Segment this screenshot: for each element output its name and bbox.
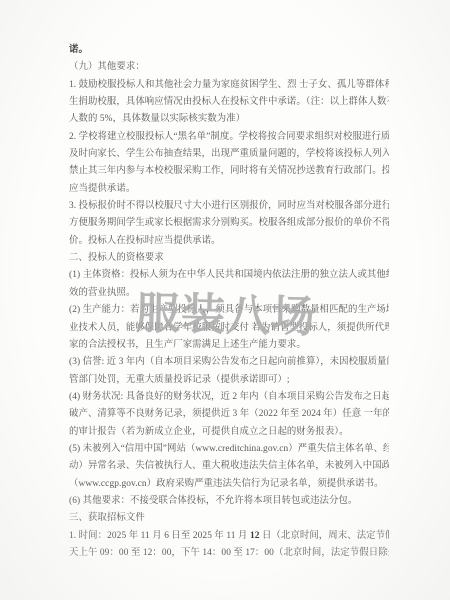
body-text: 的审计报告（若为新成立企业，可提供自成立之日起的财务报表）。	[69, 427, 349, 437]
bold-text: 12	[250, 531, 260, 541]
body-text: 生捐助校服，具体响应情况由投标人在投标文件中承诺。（注：以上群体人数不超过总采购	[69, 97, 389, 107]
text-line: 2. 学校将建立校服投标人“黑名单”制度。学校将按合同要求组织对校服进行质量抽查…	[69, 129, 389, 146]
body-text: 效的营业执照。	[69, 288, 135, 298]
text-line: (5) 未被列入“信用中国”网站（www.creditchina.gov.cn）…	[69, 441, 389, 458]
text-line: 生捐助校服，具体响应情况由投标人在投标文件中承诺。（注：以上群体人数不超过总采购	[69, 94, 389, 111]
body-text: (6) 其他要求：不接受联合体投标，不允许将本项目转包或违法分包。	[69, 496, 357, 506]
text-line: 人数的 5%，具体数量以实际核实数为准）	[69, 111, 389, 128]
text-line: 三、获取招标文件	[69, 510, 389, 527]
body-text: (3) 信誉: 近 3 年内（自本项目采购公告发布之日起向前推算），未因校服质量…	[69, 357, 389, 367]
text-line: 动）异常名录、失信被执行人、重大税收违法失信主体名单，未被列入中国政府采购网	[69, 458, 389, 475]
body-text: 动）异常名录、失信被执行人、重大税收违法失信主体名单，未被列入中国政府采购网	[69, 461, 389, 471]
text-line: (1) 主体资格：投标人须为在中华人民共和国境内依法注册的独立法人或其他组织，具…	[69, 267, 389, 284]
text-line: (4) 财务状况: 具备良好的财务状况，近 2 年内（自本项目采购公告发布之日起…	[69, 389, 389, 406]
body-text: 3. 投标报价时不得以校服尺寸大小进行区别报价，同时应当对校服各部分进行分项报价…	[69, 201, 389, 211]
body-text: （www.ccgp.gov.cn）政府采购严重违法失信行为记录名单，须提供承诺书…	[69, 479, 384, 489]
text-line: 方便服务期间学生或家长根据需求分别购买。校服各组成部分报价的单价不得高于预算单	[69, 215, 389, 232]
text-line: 3. 投标报价时不得以校服尺寸大小进行区别报价，同时应当对校服各部分进行分项报价…	[69, 198, 389, 215]
body-text: (2) 生产能力：若为生产型投标人，须具备与本项目采购数量相匹配的生产场地、设备…	[69, 305, 389, 315]
body-text: 日（北京时间，周末、法定节假日除外），	[260, 531, 389, 541]
body-text: （九）其他要求：	[69, 62, 145, 72]
text-line: 禁止其三年内参与本校校服采购工作，同时将有关情况抄送教育行政部门。投标人在投标时	[69, 163, 389, 180]
text-line: 1. 鼓励校服投标人和其他社会力量为家庭贫困学生、烈 士子女、孤儿等群体和特殊群…	[69, 77, 389, 94]
body-text: (1) 主体资格：投标人须为在中华人民共和国境内依法注册的独立法人或其他组织，具…	[69, 270, 389, 280]
body-text: 价。投标人在投标时应当提供承诺。	[69, 236, 221, 246]
body-text: 破产、清算等不良财务记录，须提供近 3 年（2022 年至 2024 年）任意 …	[69, 409, 389, 419]
text-line: (2) 生产能力：若为生产型投标人，须具备与本项目采购数量相匹配的生产场地、设备…	[69, 302, 389, 319]
text-line: 业技术人员，能够保障各学年校服按时交付 若为销售型投标人，须提供所代理品牌生产厂	[69, 320, 389, 337]
body-text: 2. 学校将建立校服投标人“黑名单”制度。学校将按合同要求组织对校服进行质量抽查…	[69, 132, 389, 142]
text-line: 二、投标人的资格要求	[69, 250, 389, 267]
body-text: 三、获取招标文件	[69, 513, 145, 523]
document-page: 诺。（九）其他要求：1. 鼓励校服投标人和其他社会力量为家庭贫困学生、烈 士子女…	[0, 0, 450, 600]
text-line: 破产、清算等不良财务记录，须提供近 3 年（2022 年至 2024 年）任意 …	[69, 406, 389, 423]
bold-text: 诺。	[69, 45, 88, 55]
text-line: 1. 时间：2025 年 11 月 6 日至 2025 年 11 月 12 日（…	[69, 528, 389, 545]
text-line: 管部门处罚，无重大质量投诉记录（提供承诺即可）;	[69, 372, 389, 389]
text-line: 天上午 09：00 至 12：00，下午 14：00 至 17：00（北京时间，…	[69, 545, 389, 562]
text-line: 的审计报告（若为新成立企业，可提供自成立之日起的财务报表）。	[69, 424, 389, 441]
text-line: 家的合法授权书，且生产厂家需满足上述生产能力要求。	[69, 337, 389, 354]
body-text: (4) 财务状况: 具备良好的财务状况，近 2 年内（自本项目采购公告发布之日起…	[69, 392, 389, 402]
body-text: 禁止其三年内参与本校校服采购工作，同时将有关情况抄送教育行政部门。投标人在投标时	[69, 166, 389, 176]
text-line: 效的营业执照。	[69, 285, 389, 302]
document-lines: 诺。（九）其他要求：1. 鼓励校服投标人和其他社会力量为家庭贫困学生、烈 士子女…	[69, 42, 389, 562]
body-text: (5) 未被列入“信用中国”网站（www.creditchina.gov.cn）…	[69, 444, 389, 454]
text-line: 诺。	[69, 42, 389, 59]
body-text: 二、投标人的资格要求	[69, 253, 164, 263]
text-line: （九）其他要求：	[69, 59, 389, 76]
body-text: 及时向家长、学生公布抽查结果，出现严重质量问题的，学校将该投标人列入“黑名单”，	[69, 149, 389, 159]
text-line: (3) 信誉: 近 3 年内（自本项目采购公告发布之日起向前推算），未因校服质量…	[69, 354, 389, 371]
text-line: （www.ccgp.gov.cn）政府采购严重违法失信行为记录名单，须提供承诺书…	[69, 476, 389, 493]
body-text: 应当提供承诺。	[69, 184, 135, 194]
text-line: 应当提供承诺。	[69, 181, 389, 198]
text-line: 价。投标人在投标时应当提供承诺。	[69, 233, 389, 250]
body-text: 1. 鼓励校服投标人和其他社会力量为家庭贫困学生、烈 士子女、孤儿等群体和特殊群…	[69, 80, 389, 90]
body-text: 业技术人员，能够保障各学年校服按时交付 若为销售型投标人，须提供所代理品牌生产厂	[69, 323, 389, 333]
body-text: 人数的 5%，具体数量以实际核实数为准）	[69, 114, 245, 124]
body-text: 管部门处罚，无重大质量投诉记录（提供承诺即可）;	[69, 375, 290, 385]
body-text: 1. 时间：2025 年 11 月 6 日至 2025 年 11 月	[69, 531, 250, 541]
body-text: 天上午 09：00 至 12：00，下午 14：00 至 17：00（北京时间，…	[69, 548, 389, 558]
body-text: 方便服务期间学生或家长根据需求分别购买。校服各组成部分报价的单价不得高于预算单	[69, 218, 389, 228]
text-line: (6) 其他要求：不接受联合体投标，不允许将本项目转包或违法分包。	[69, 493, 389, 510]
body-text: 家的合法授权书，且生产厂家需满足上述生产能力要求。	[69, 340, 306, 350]
text-line: 及时向家长、学生公布抽查结果，出现严重质量问题的，学校将该投标人列入“黑名单”，	[69, 146, 389, 163]
